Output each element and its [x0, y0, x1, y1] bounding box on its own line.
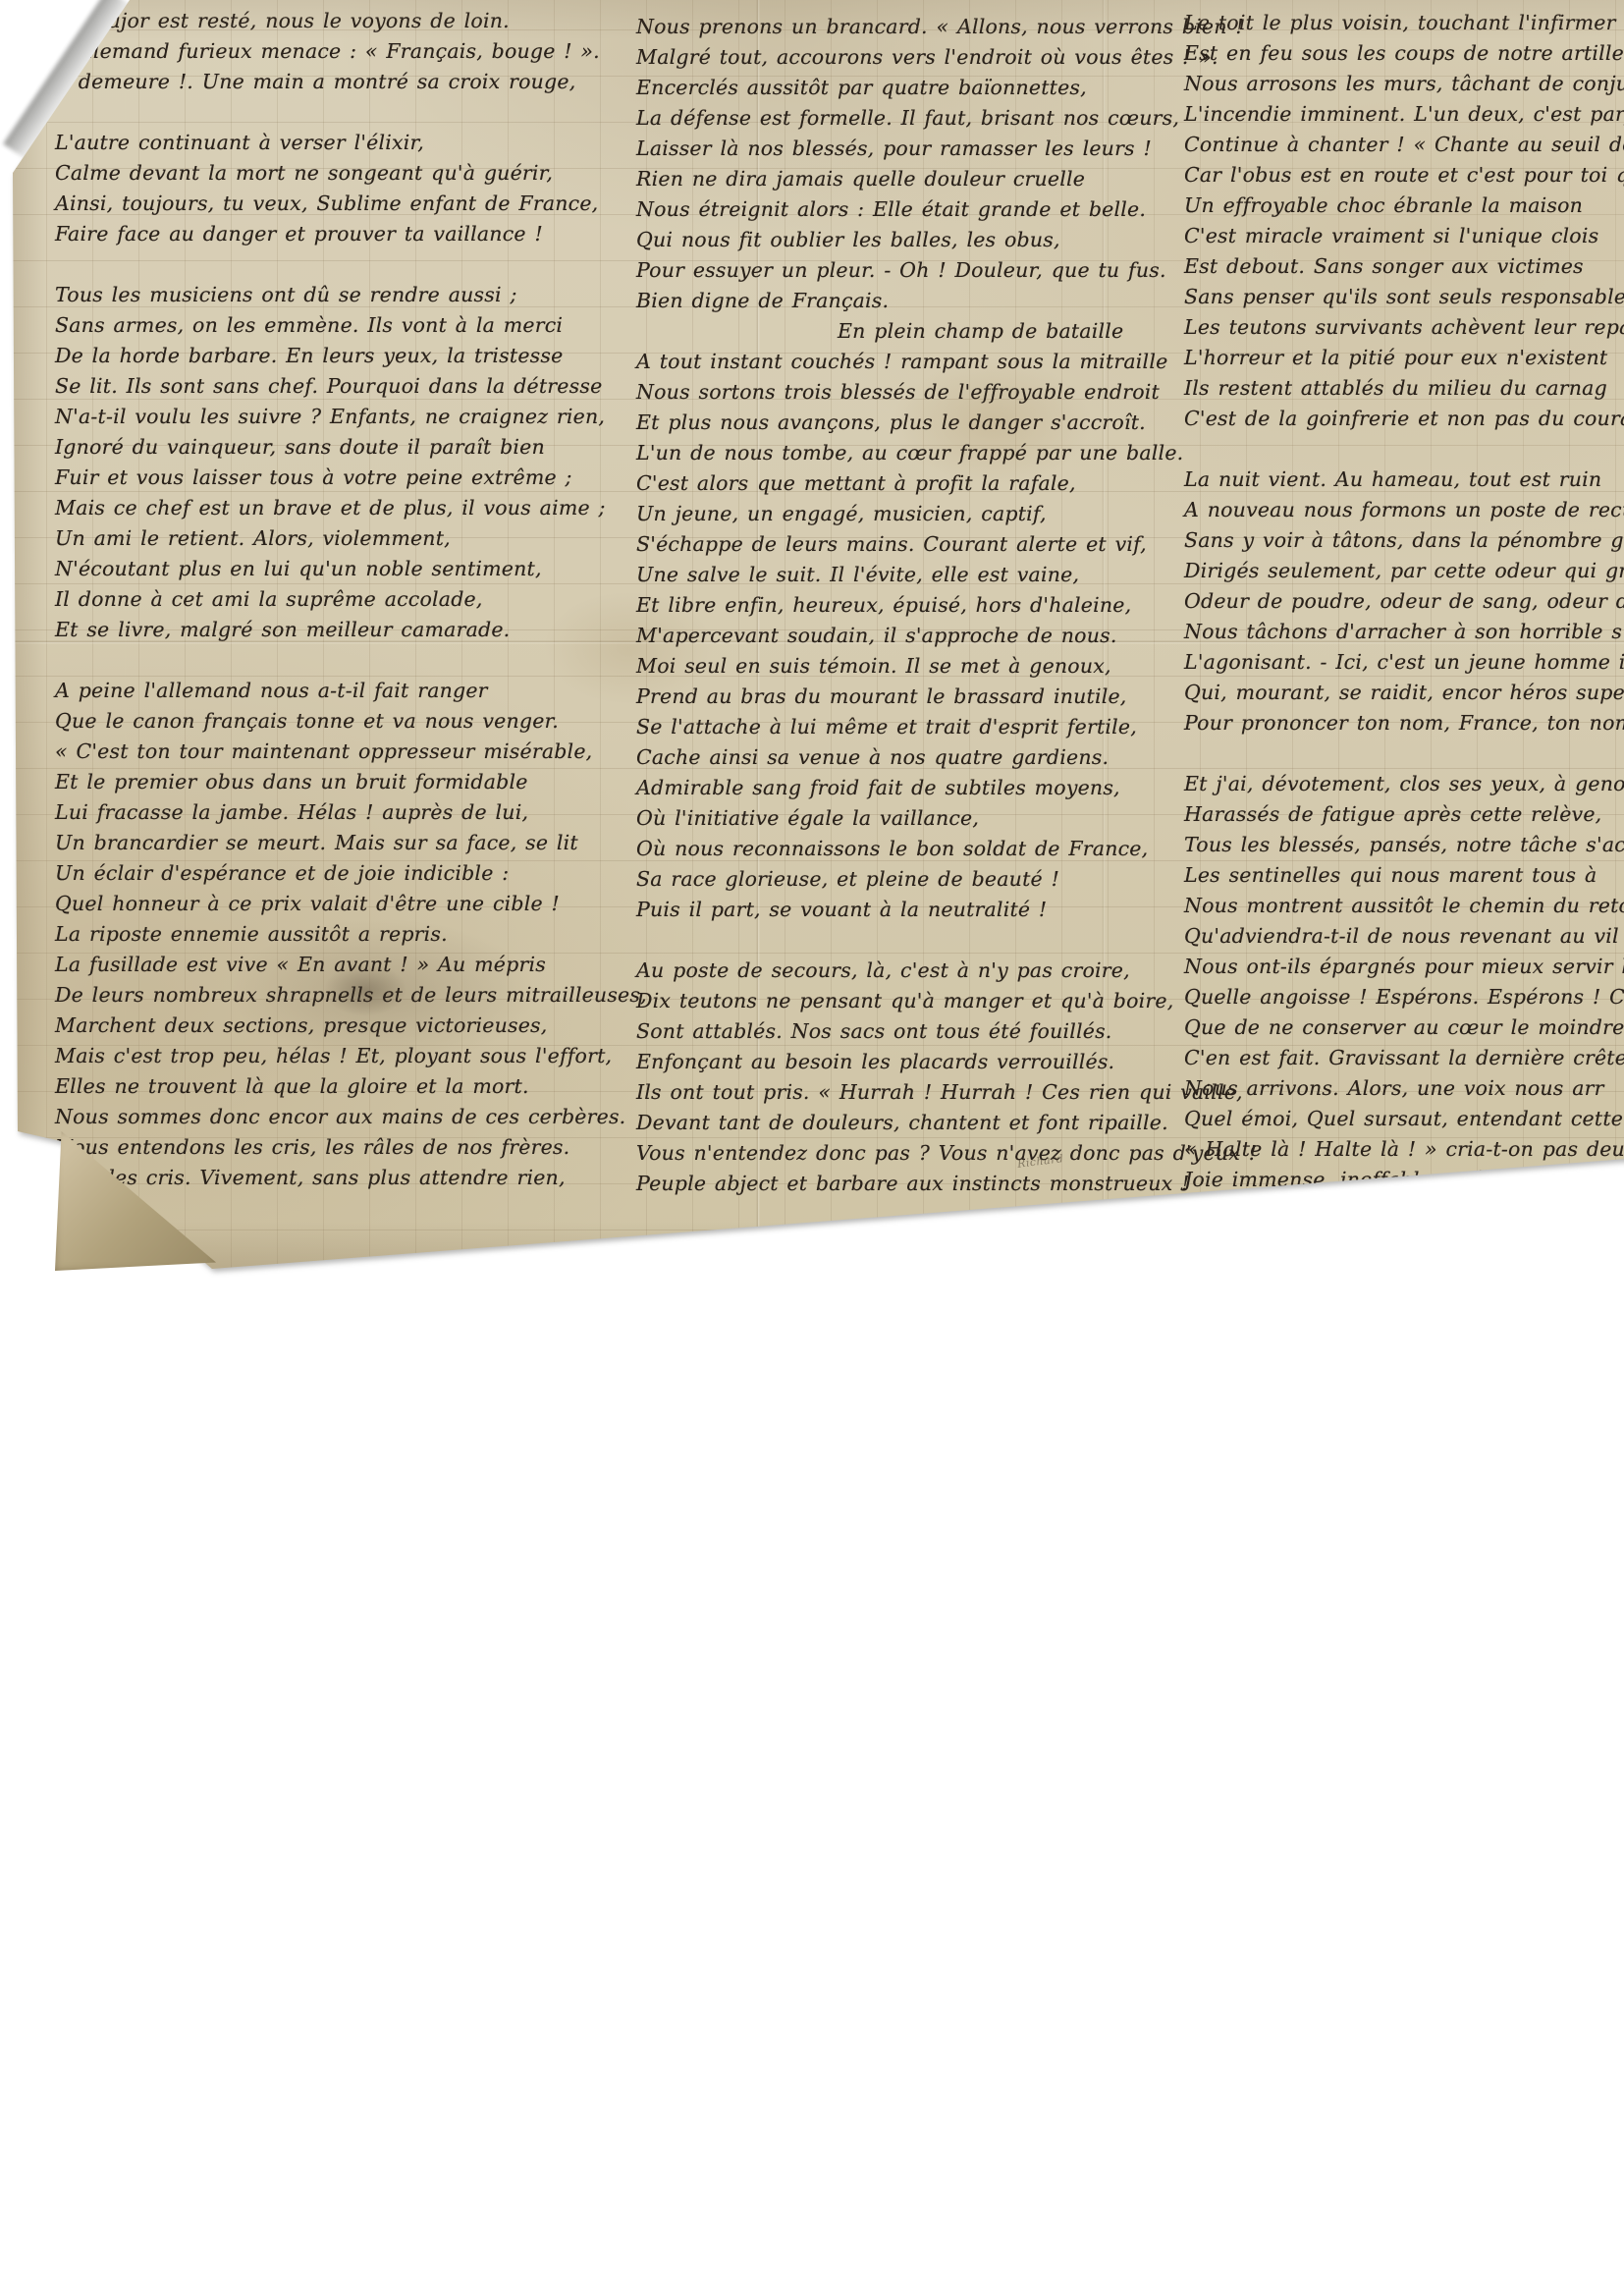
manuscript-line: A peine l'allemand nous a-t-il fait rang… [55, 676, 647, 706]
manuscript-line: Ah ! les cris. Vivement, sans plus atten… [55, 1163, 647, 1193]
manuscript-line: Une salve le suit. Il l'évite, elle est … [636, 560, 1257, 590]
manuscript-line: Nous arrivons. Alors, une voix nous arr [1184, 1073, 1624, 1104]
manuscript-line: Nous sommes donc encor aux mains de ces … [55, 1102, 647, 1132]
manuscript-line: Sans penser qu'ils sont seuls responsabl… [1184, 282, 1624, 312]
manuscript-line: Lui fracasse la jambe. Hélas ! auprès de… [55, 797, 647, 828]
manuscript-paper: Le major est resté, nous le voyons de lo… [0, 0, 1624, 1277]
manuscript-line: L'horreur et la pitié pour eux n'existen… [1184, 343, 1624, 373]
manuscript-column-1: Le major est resté, nous le voyons de lo… [55, 6, 647, 1193]
manuscript-line: Admirable sang froid fait de subtiles mo… [636, 773, 1257, 803]
manuscript-line: Et j'ai, dévotement, clos ses yeux, à ge… [1184, 769, 1624, 799]
manuscript-line: A tout instant couchés ! rampant sous la… [636, 347, 1257, 377]
manuscript-line: Moi seul en suis témoin. Il se met à gen… [636, 651, 1257, 682]
manuscript-line: La défense est formelle. Il faut, brisan… [636, 103, 1257, 134]
manuscript-line: L'agonisant. - Ici, c'est un jeune homme… [1184, 647, 1624, 678]
manuscript-line: Mais ce chef est un brave et de plus, il… [55, 493, 647, 523]
manuscript-line: C'est miracle vraiment si l'unique clois [1184, 221, 1624, 251]
manuscript-column-3: Le toit le plus voisin, touchant l'infir… [1184, 8, 1624, 1195]
manuscript-line: Nous montrent aussitôt le chemin du reto [1184, 891, 1624, 921]
manuscript-line: Tous les blessés, pansés, notre tâche s'… [1184, 830, 1624, 860]
manuscript-line: Ainsi, toujours, tu veux, Sublime enfant… [55, 189, 647, 219]
manuscript-line: Il demeure !. Une main a montré sa croix… [55, 67, 647, 97]
manuscript-line: Mais c'est trop peu, hélas ! Et, ployant… [55, 1041, 647, 1071]
manuscript-line: Enfonçant au besoin les placards verroui… [636, 1047, 1257, 1077]
manuscript-line: Marchent deux sections, presque victorie… [55, 1011, 647, 1041]
manuscript-line: Un effroyable choc ébranle la maison [1184, 191, 1624, 221]
manuscript-line: Que le canon français tonne et va nous v… [55, 706, 647, 737]
manuscript-line: S'échappe de leurs mains. Courant alerte… [636, 529, 1257, 560]
manuscript-line: Cache ainsi sa venue à nos quatre gardie… [636, 742, 1257, 773]
manuscript-line: Puis il part, se vouant à la neutralité … [636, 895, 1257, 925]
manuscript-line: Un brancardier se meurt. Mais sur sa fac… [55, 828, 647, 858]
manuscript-line: Est debout. Sans songer aux victimes [1184, 251, 1624, 282]
manuscript-line: Prend au bras du mourant le brassard inu… [636, 682, 1257, 712]
manuscript-line: Dirigés seulement, par cette odeur qui g… [1184, 556, 1624, 586]
manuscript-line: Quel émoi, Quel sursaut, entendant cette [1184, 1104, 1624, 1134]
manuscript-line: Pour essuyer un pleur. - Oh ! Douleur, q… [636, 255, 1257, 286]
manuscript-line: Le toit le plus voisin, touchant l'infir… [1184, 8, 1624, 38]
manuscript-line: C'est alors que mettant à profit la rafa… [636, 468, 1257, 499]
manuscript-line: Qui nous fit oublier les balles, les obu… [636, 225, 1257, 255]
manuscript-line: Qu'adviendra-t-il de nous revenant au vi… [1184, 921, 1624, 952]
manuscript-line: Ils restent attablés du milieu du carnag [1184, 373, 1624, 404]
manuscript-line: A nouveau nous formons un poste de recu [1184, 495, 1624, 525]
manuscript-line: Tous les musiciens ont dû se rendre auss… [55, 280, 647, 310]
manuscript-line: De leurs nombreux shrapnells et de leurs… [55, 980, 647, 1011]
manuscript-line: Un éclair d'espérance et de joie indicib… [55, 858, 647, 889]
manuscript-line: Encerclés aussitôt par quatre baïonnette… [636, 73, 1257, 103]
manuscript-line: Laisser là nos blessés, pour ramasser le… [636, 134, 1257, 164]
manuscript-line: La riposte ennemie aussitôt a repris. [55, 919, 647, 950]
manuscript-line: Ignoré du vainqueur, sans doute il paraî… [55, 432, 647, 463]
manuscript-line: Odeur de poudre, odeur de sang, odeur de… [1184, 586, 1624, 617]
manuscript-line: Au poste de secours, là, c'est à n'y pas… [636, 956, 1257, 986]
manuscript-line [55, 249, 647, 280]
manuscript-line: Nous étreignit alors : Elle était grande… [636, 194, 1257, 225]
manuscript-line: N'écoutant plus en lui qu'un noble senti… [55, 554, 647, 584]
manuscript-line: Où l'initiative égale la vaillance, [636, 803, 1257, 834]
manuscript-line: De la horde barbare. En leurs yeux, la t… [55, 341, 647, 371]
manuscript-line: Malgré tout, accourons vers l'endroit où… [636, 42, 1257, 73]
manuscript-line: L'incendie imminent. L'un deux, c'est pa… [1184, 99, 1624, 130]
manuscript-line: Nous arrosons les murs, tâchant de conju… [1184, 69, 1624, 99]
manuscript-line: Faire face au danger et prouver ta vaill… [55, 219, 647, 249]
manuscript-line: Sa race glorieuse, et pleine de beauté ! [636, 864, 1257, 895]
manuscript-line: Sans y voir à tâtons, dans la pénombre g [1184, 525, 1624, 556]
manuscript-line [1184, 434, 1624, 465]
manuscript-line: Car l'obus est en route et c'est pour to… [1184, 160, 1624, 191]
manuscript-line: Quelle angoisse ! Espérons. Espérons ! C… [1184, 982, 1624, 1012]
scan-area: Le major est resté, nous le voyons de lo… [0, 0, 1624, 1375]
manuscript-line: C'est de la goinfrerie et non pas du cou… [1184, 404, 1624, 434]
manuscript-line: Quel honneur à ce prix valait d'être une… [55, 889, 647, 919]
manuscript-line: Se lit. Ils sont sans chef. Pourquoi dan… [55, 371, 647, 402]
manuscript-line: Calme devant la mort ne songeant qu'à gu… [55, 158, 647, 189]
manuscript-line: Vous n'entendez donc pas ? Vous n'avez d… [636, 1138, 1257, 1169]
manuscript-line: Il donne à cet ami la suprême accolade, [55, 584, 647, 615]
manuscript-line: Nous entendons les cris, les râles de no… [55, 1132, 647, 1163]
manuscript-line [55, 645, 647, 676]
manuscript-line [1184, 738, 1624, 769]
manuscript-line: Les sentinelles qui nous marent tous à [1184, 860, 1624, 891]
manuscript-line [55, 97, 647, 128]
manuscript-line: Est en feu sous les coups de notre artil… [1184, 38, 1624, 69]
manuscript-line: Et le premier obus dans un bruit formida… [55, 767, 647, 797]
manuscript-line: L'allemand furieux menace : « Français, … [55, 36, 647, 67]
manuscript-line: M'apercevant soudain, il s'approche de n… [636, 621, 1257, 651]
manuscript-line: C'en est fait. Gravissant la dernière cr… [1184, 1043, 1624, 1073]
paper-sheet-wrap: Le major est resté, nous le voyons de lo… [0, 0, 1624, 1277]
manuscript-line: Elles ne trouvent là que la gloire et la… [55, 1071, 647, 1102]
manuscript-line: Le major est resté, nous le voyons de lo… [55, 6, 647, 36]
manuscript-line: Fuir et vous laisser tous à votre peine … [55, 463, 647, 493]
scanned-document-page: { "document": { "kind": "handwritten man… [0, 0, 1624, 2296]
manuscript-line: La fusillade est vive « En avant ! » Au … [55, 950, 647, 980]
manuscript-line: L'autre continuant à verser l'élixir, [55, 128, 647, 158]
manuscript-line: Où nous reconnaissons le bon soldat de F… [636, 834, 1257, 864]
manuscript-line: Qui, mourant, se raidit, encor héros sup… [1184, 678, 1624, 708]
manuscript-line: Harassés de fatigue après cette relève, [1184, 799, 1624, 830]
manuscript-line: Rien ne dira jamais quelle douleur cruel… [636, 164, 1257, 194]
manuscript-line: « C'est ton tour maintenant oppresseur m… [55, 737, 647, 767]
manuscript-line: Que de ne conserver au cœur le moindre e… [1184, 1012, 1624, 1043]
manuscript-line: L'un de nous tombe, au cœur frappé par u… [636, 438, 1257, 468]
manuscript-line: Ils ont tout pris. « Hurrah ! Hurrah ! C… [636, 1077, 1257, 1108]
manuscript-line [636, 925, 1257, 956]
manuscript-column-2: Nous prenons un brancard. « Allons, nous… [636, 12, 1257, 1199]
manuscript-line: Et libre enfin, heureux, épuisé, hors d'… [636, 590, 1257, 621]
manuscript-line: Et plus nous avançons, plus le danger s'… [636, 408, 1257, 438]
manuscript-line: « Halte là ! Halte là ! » cria-t-on pas … [1184, 1134, 1624, 1165]
manuscript-line: Nous sortons trois blessés de l'effroyab… [636, 377, 1257, 408]
manuscript-line: Un jeune, un engagé, musicien, captif, [636, 499, 1257, 529]
manuscript-line: La nuit vient. Au hameau, tout est ruin [1184, 465, 1624, 495]
manuscript-line: Sans armes, on les emmène. Ils vont à la… [55, 310, 647, 341]
manuscript-line: Peuple abject et barbare aux instincts m… [636, 1169, 1257, 1199]
manuscript-line: N'a-t-il voulu les suivre ? Enfants, ne … [55, 402, 647, 432]
manuscript-line: Nous prenons un brancard. « Allons, nous… [636, 12, 1257, 42]
manuscript-line: Et se livre, malgré son meilleur camarad… [55, 615, 647, 645]
manuscript-line: Nous tâchons d'arracher à son horrible s [1184, 617, 1624, 647]
manuscript-line: En plein champ de bataille [636, 316, 1257, 347]
manuscript-line: Nous ont-ils épargnés pour mieux servir … [1184, 952, 1624, 982]
manuscript-line: Se l'attache à lui même et trait d'espri… [636, 712, 1257, 742]
manuscript-line: Devant tant de douleurs, chantent et fon… [636, 1108, 1257, 1138]
manuscript-line: Sont attablés. Nos sacs ont tous été fou… [636, 1016, 1257, 1047]
manuscript-line: Bien digne de Français. [636, 286, 1257, 316]
manuscript-line: Pour prononcer ton nom, France, ton nom … [1184, 708, 1624, 738]
manuscript-line: Continue à chanter ! « Chante au seuil d… [1184, 130, 1624, 160]
manuscript-line: Un ami le retient. Alors, violemment, [55, 523, 647, 554]
manuscript-line: Les teutons survivants achèvent leur rep… [1184, 312, 1624, 343]
manuscript-line: Dix teutons ne pensant qu'à manger et qu… [636, 986, 1257, 1016]
manuscript-line: Joie immense, ineffable après tant de se… [1184, 1165, 1624, 1195]
